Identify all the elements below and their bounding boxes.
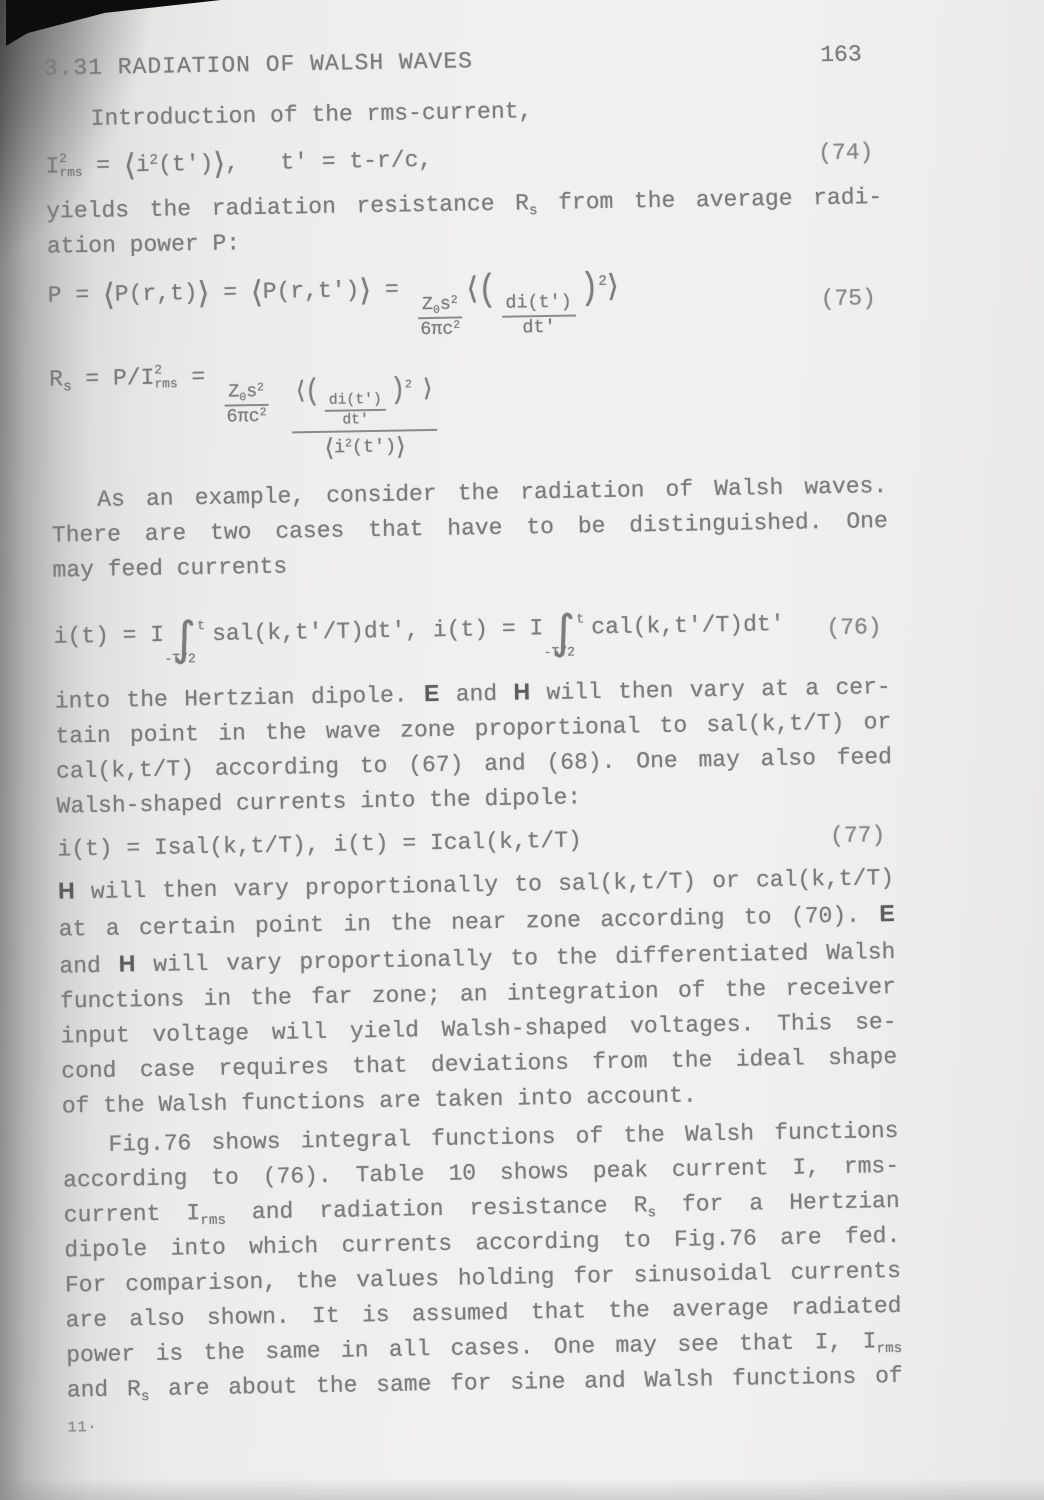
sup-sub-symbol: I2rms [140,361,178,397]
subscript: rms [200,1213,226,1229]
equation-body: i(t) = I∫t-T/2sal(k,t'/T)dt', i(t) = I∫t… [53,601,827,668]
text-token: 6πc [420,318,453,340]
text-line: Introduction of the rms-current, [44,88,880,138]
text-token: from the average radi- [537,184,882,216]
scanned-book-page: 3.31 RADIATION OF WALSH WAVES 163 Introd… [0,0,1044,1500]
page-number: 163 [820,37,880,73]
text-token: s [246,381,257,402]
text-token: i(t) = I [53,622,164,650]
text-token: for a Hertzian [656,1188,900,1218]
fraction: Z0s26πc2 [224,382,269,428]
text-token: = [177,364,219,391]
text-token: and [439,681,514,708]
equation-body: P = ⟨P(r,t)⟩ = ⟨P(r,t')⟩ = Z0s26πc2⟨(di(… [47,265,821,346]
integral-sign: ∫t-T/2 [551,606,578,660]
integral-sign: ∫t-T/2 [172,612,199,666]
text-token: di(t') [329,392,382,409]
angle-bracket: ⟨ [324,433,334,462]
paren: ) [390,375,405,409]
paren: ( [305,377,320,411]
paren: ) [580,267,599,311]
equation-body: i(t) = Isal(k,t/T), i(t) = Ical(k,t/T) [57,819,830,867]
superscript: 2 [451,295,458,307]
equation-number: (74) [818,135,882,171]
text-token: 6πc [226,406,259,428]
equation-body: I2rms = ⟨i2(t')⟩, t' = t-r/c, [45,136,818,185]
fraction-numerator: di(t') [501,292,576,317]
text-token: into the Hertzian dipole. [55,682,425,714]
superscript: 2 [149,153,158,169]
paren: ( [478,268,497,312]
text-token: ation power P: [47,231,241,260]
scan-bottom-edge [0,1478,1044,1500]
bold-term: H [58,877,75,903]
superscript: 2 [260,407,267,419]
equation-body: Rs = P/I2rms = Z0s26πc2 ⟨(di(t')dt')2 ⟩⟨… [49,348,887,465]
running-header: 3.31 RADIATION OF WALSH WAVES 163 [43,37,879,87]
page-content: 3.31 RADIATION OF WALSH WAVES 163 Introd… [43,37,903,1445]
section-header: 3.31 RADIATION OF WALSH WAVES [43,44,473,86]
subscript: s [141,1389,150,1405]
equation-number: (75) [820,281,884,317]
subscript: rms [59,165,82,179]
subscript: rms [154,377,177,391]
equation-number: (76) [826,610,890,646]
equation: i(t) = Isal(k,t/T), i(t) = Ical(k,t/T)(7… [57,818,893,868]
text-token: di(t') [505,292,572,314]
text-token: dt' [522,316,555,338]
integral-lower-limit: -T/2 [164,641,196,677]
sup-sub-stack: 2rms [154,363,178,390]
text-token: of the Walsh functions are taken into ac… [62,1083,697,1120]
equation: P = ⟨P(r,t)⟩ = ⟨P(r,t')⟩ = Z0s26πc2⟨(di(… [47,264,884,347]
text-token: s [440,294,451,315]
text-token: R [49,367,63,393]
text-token: = [209,279,251,306]
angle-bracket: ⟩ [396,431,406,460]
fraction-denominator: dt' [342,411,369,429]
bold-term: E [424,680,440,706]
angle-bracket: ⟩ [359,274,371,309]
sup-sub-stack: 2rms [59,152,83,179]
text-token: = [371,277,413,304]
fraction: di(t')dt' [501,292,576,339]
fraction-denominator: 6πc2 [226,406,266,428]
text-token: (t') [158,151,214,178]
fraction: Z0s26πc2 [418,294,463,340]
text-token: P(r,t) [115,280,198,307]
paragraph: As an example, consider the radiation of… [51,469,889,589]
fraction: ⟨(di(t')dt')2 ⟩⟨i2(t')⟩ [292,374,438,461]
sup-sub-symbol: I2rms [45,149,83,185]
text-token: yields the radiation resistance R [46,190,529,224]
text-token: P = [48,282,104,309]
text-token: Walsh-shaped currents into the dipole: [56,784,581,819]
text-token: and [59,953,119,980]
superscript: 2 [59,152,82,166]
text-token: i [136,152,150,178]
angle-bracket: ⟨ [251,275,263,310]
fraction-numerator: Z0s2 [418,294,462,318]
paragraph: into the Hertzian dipole. E and H will t… [54,668,892,825]
paragraph: Fig.76 shows integral functions of the W… [62,1114,903,1409]
fraction-denominator: 6πc2 [420,318,460,340]
text-token: P(r,t') [263,277,360,305]
equation: i(t) = I∫t-T/2sal(k,t'/T)dt', i(t) = I∫t… [53,600,890,669]
equation: I2rms = ⟨i2(t')⟩, t' = t-r/c,(74) [45,135,881,185]
bold-term: E [879,900,895,926]
text-token: and R [67,1376,141,1403]
text-token: I [45,149,59,184]
paragraph: H will then vary proportionally to sal(k… [58,859,898,1125]
text-token: may feed currents [52,554,287,584]
paragraph: Introduction of the rms-current, [44,88,880,138]
text-token: dt' [342,412,369,428]
corner-fold-mark [6,0,221,46]
text-token: i [334,437,345,458]
angle-bracket: ⟩ [213,147,225,182]
fraction: di(t')dt' [325,392,387,430]
subscript: rms [876,1341,902,1357]
fraction-denominator: ⟨i2(t')⟩ [324,431,405,461]
text-token: will then vary at a cer- [530,674,891,706]
angle-bracket: ⟩ [423,373,433,402]
text-token: Z [228,381,239,402]
superscript: 2 [257,382,264,394]
text-token: I [140,361,154,396]
text-token: i(t) = Isal(k,t/T), i(t) = Ical(k,t/T) [57,827,582,862]
integral-lower-limit: -T/2 [543,635,575,671]
angle-bracket: ⟩ [197,276,209,311]
text-token: , t' = t-r/c, [225,147,432,177]
text-token: Z [422,294,433,315]
text-token: = [82,152,124,179]
fraction-numerator: di(t') [325,392,386,413]
text-token: (t') [352,436,397,458]
integral-upper-limit: t [576,601,584,636]
superscript: 2 [453,319,460,331]
fraction-denominator: dt' [522,316,555,338]
equation: Rs = P/I2rms = Z0s26πc2 ⟨(di(t')dt')2 ⟩⟨… [49,348,887,465]
fraction-numerator: Z0s2 [224,382,268,406]
text-token: Introduction of the rms-current, [90,98,532,132]
angle-bracket: ⟨ [124,148,136,183]
text-token: and radiation resistance R [226,1192,648,1225]
bold-term: H [118,950,135,976]
equation-number: (77) [830,818,894,854]
text-token [273,363,287,389]
angle-bracket: ⟨ [103,278,115,313]
text-token: current I [64,1200,201,1228]
angle-bracket: ⟨ [296,376,306,405]
text-token: cal(k,t'/T)dt' [591,611,785,640]
angle-bracket: ⟩ [607,269,619,304]
text-token: = P/ [71,365,140,392]
angle-bracket: ⟨ [466,272,478,307]
integral-upper-limit: t [197,608,205,643]
page-content-blocks: Introduction of the rms-current,I2rms = … [44,88,903,1408]
superscript: 2 [154,363,177,377]
paragraph: yields the radiation resistance Rs from … [46,180,883,265]
bold-term: H [513,678,530,704]
text-token: sal(k,t'/T)dt', i(t) = I [212,615,544,647]
fraction-numerator: ⟨(di(t')dt')2 ⟩ [292,374,437,433]
